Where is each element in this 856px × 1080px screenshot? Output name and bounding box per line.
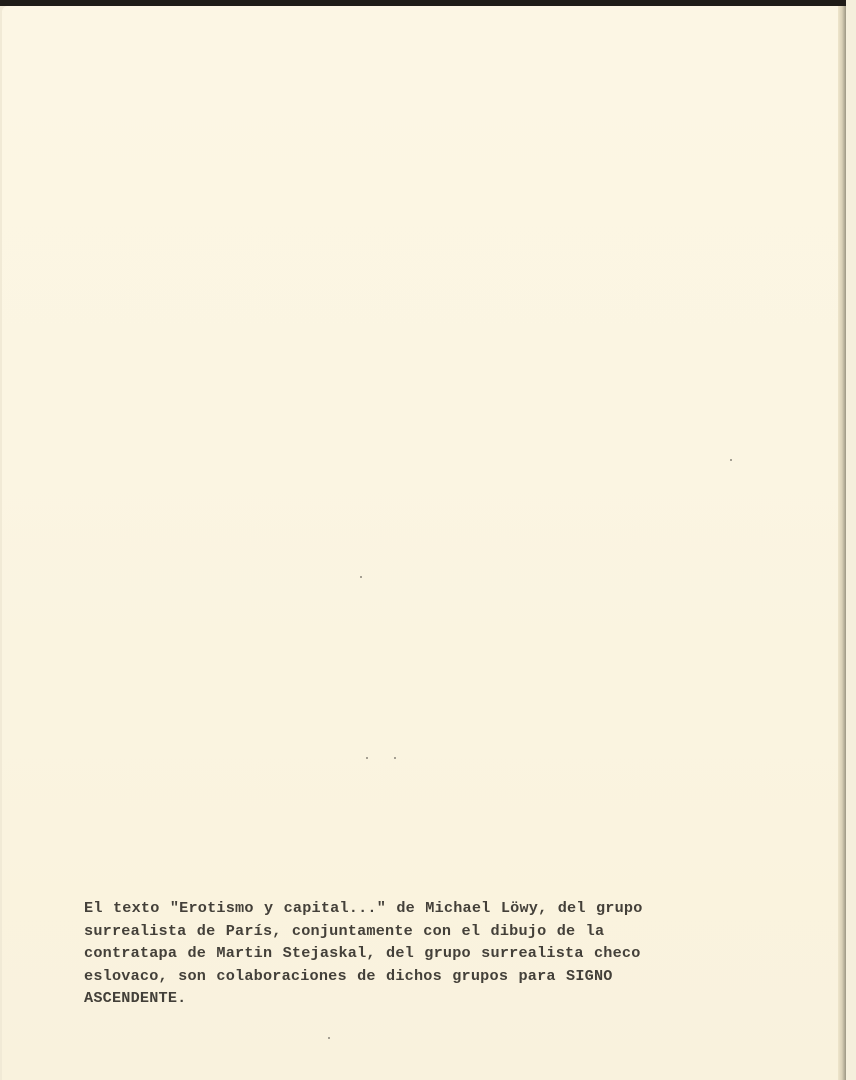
paper-speck — [328, 1037, 330, 1039]
note-line: surrealista de París, conjuntamente con … — [84, 920, 784, 943]
paper-speck — [366, 757, 368, 759]
note-line: ASCENDENTE. — [84, 987, 784, 1010]
note-line: contratapa de Martin Stejaskal, del grup… — [84, 942, 784, 965]
credits-note: El texto "Erotismo y capital..." de Mich… — [84, 897, 784, 1010]
paper-speck — [360, 576, 362, 578]
note-line: eslovaco, son colaboraciones de dichos g… — [84, 965, 784, 988]
page-right-shadow — [838, 6, 846, 1080]
scanned-page-background: El texto "Erotismo y capital..." de Mich… — [0, 0, 856, 1080]
note-line: El texto "Erotismo y capital..." de Mich… — [84, 897, 784, 920]
paper-speck — [730, 459, 732, 461]
scan-right-edge — [846, 0, 856, 1080]
paper-speck — [394, 757, 396, 759]
